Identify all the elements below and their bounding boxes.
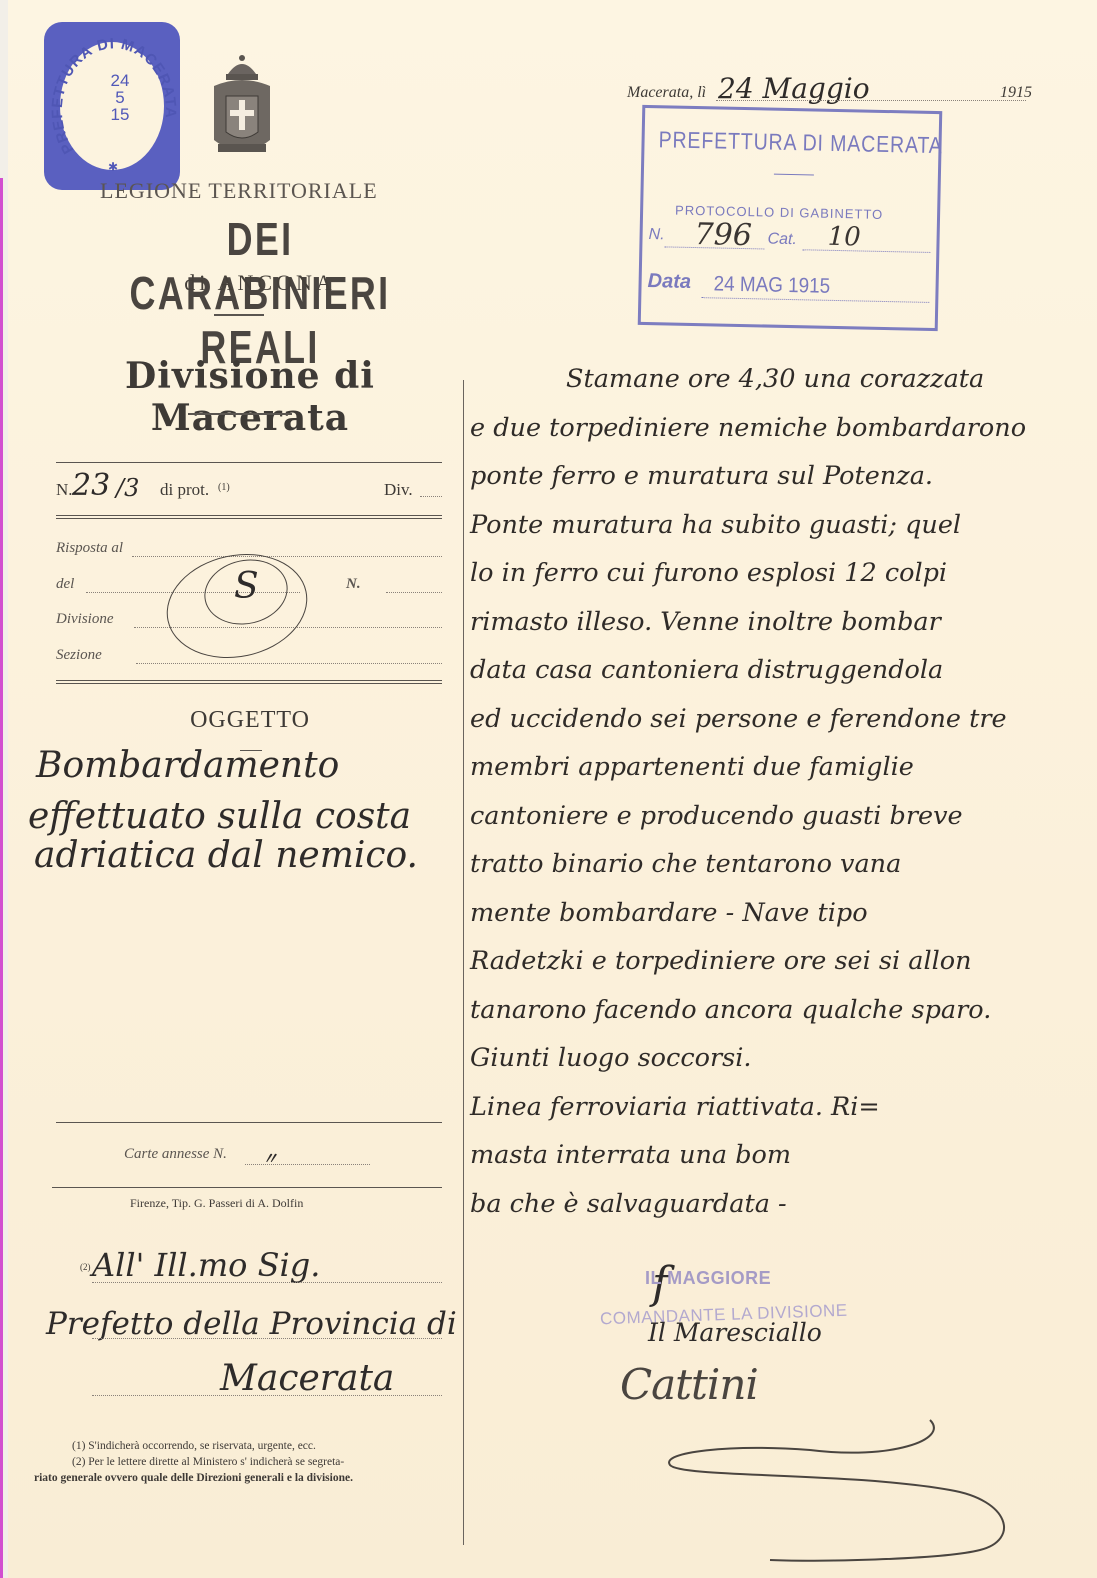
annexes-field	[245, 1164, 370, 1165]
addressee-line: All' Ill.mo Sig.	[92, 1246, 320, 1284]
signature-flourish	[650, 1400, 1070, 1570]
body-line: ed uccidendo sei persone e ferendone tre	[470, 695, 1090, 744]
body-line: e due torpediniere nemiche bombardarono	[470, 404, 1090, 453]
stamp-date: 24 5 15	[100, 72, 140, 123]
subject-text: Bombardamento effettuato sulla costa adr…	[28, 740, 468, 881]
form-rule	[56, 462, 442, 463]
subject-line: adriatica dal nemico.	[28, 830, 468, 881]
del-label: del	[56, 576, 74, 593]
body-line: cantoniere e producendo guasti breve	[470, 792, 1090, 841]
divisione-label: Divisione	[56, 611, 114, 628]
addressee-line: Macerata	[220, 1358, 394, 1399]
scan-edge	[3, 0, 8, 1578]
division-title: Divisione di Macerata	[50, 355, 450, 439]
stamp-divider	[774, 174, 814, 176]
oval-mark-letter: S	[234, 566, 259, 607]
addressee-field	[92, 1282, 442, 1283]
protocol-n-fraction: /3	[116, 474, 139, 502]
body-line: Stamane ore 4,30 una corazzata	[470, 355, 1090, 404]
form-rule	[56, 515, 442, 516]
di-prot-label: di prot.	[160, 480, 209, 500]
subject-line: Bombardamento	[28, 740, 468, 791]
risposta-field	[132, 556, 442, 557]
coat-of-arms-icon	[210, 52, 274, 164]
addressee-line: Prefetto della Provincia di	[46, 1306, 457, 1342]
column-separator	[463, 380, 464, 1545]
body-line: Radetzki e torpediniere ore sei si allon	[470, 937, 1090, 986]
body-line: rimasto illeso. Venne inoltre bombar	[470, 598, 1090, 647]
signer-title: Il Maresciallo	[648, 1318, 822, 1347]
body-line: ba che è salvaguardata -	[470, 1180, 1090, 1229]
footnote: (2) Per le lettere dirette al Ministero …	[72, 1456, 344, 1468]
body-line: lo in ferro cui furono esplosi 12 colpi	[470, 549, 1090, 598]
body-line: Linea ferroviaria riattivata. Ri=	[470, 1083, 1090, 1132]
stamp-cat-field	[802, 249, 930, 253]
footnote-ref: (1)	[218, 482, 230, 493]
stamp-title: PREFETTURA DI MACERATA	[658, 126, 943, 159]
addressee-field	[92, 1395, 442, 1396]
year-label: 1915	[1000, 84, 1032, 102]
stamp-cat-label: Cat.	[767, 231, 797, 250]
footnote: (1) S'indicherà occorrendo, se riservata…	[72, 1440, 316, 1452]
div-field	[420, 496, 442, 497]
body-line: ponte ferro e muratura sul Potenza.	[470, 452, 1090, 501]
stamp-cat-value: 10	[827, 222, 861, 253]
body-line: mente bombardare - Nave tipo	[470, 889, 1090, 938]
form-rule	[56, 518, 442, 519]
star-icon: ✱	[108, 160, 118, 175]
form-rule	[56, 680, 442, 681]
place-label: Macerata, lì	[627, 84, 706, 101]
body-line: masta interrata una bom	[470, 1131, 1090, 1180]
risposta-label: Risposta al	[56, 540, 123, 557]
body-line: Ponte muratura ha subito guasti; quel	[470, 501, 1090, 550]
body-line: Giunti luogo soccorsi.	[470, 1034, 1090, 1083]
sezione-label: Sezione	[56, 647, 102, 664]
legion-label: LEGIONE TERRITORIALE	[100, 178, 420, 204]
stamp-data-label: Data	[647, 270, 691, 294]
protocol-n-value: 23	[72, 468, 110, 503]
stamp-data-value: 24 MAG 1915	[713, 272, 830, 298]
addressee-field	[92, 1338, 442, 1339]
stamp-n-label: N.	[648, 226, 664, 244]
date-field	[716, 100, 1026, 101]
body-line: tratto binario che tentarono vana	[470, 840, 1090, 889]
n-label: N.	[346, 576, 361, 593]
divider	[188, 413, 292, 415]
div-label: Div.	[384, 480, 413, 500]
footnote-ref: (2)	[80, 1262, 91, 1272]
body-line: data casa cantoniera distruggendola	[470, 646, 1090, 695]
footnote: riato generale ovvero quale delle Direzi…	[34, 1472, 353, 1484]
form-rule	[56, 1122, 442, 1123]
protocol-n-label: N.	[56, 480, 73, 500]
n-field	[386, 592, 442, 593]
protocol-stamp: PREFETTURA DI MACERATA PROTOCOLLO DI GAB…	[638, 105, 943, 331]
dateline: Macerata, lì	[627, 84, 706, 102]
rank-stamp: IL MAGGIORE	[645, 1268, 771, 1289]
body-line: membri appartenenti due famiglie	[470, 743, 1090, 792]
letter-body: Stamane ore 4,30 una corazzata e due tor…	[470, 355, 1090, 1228]
divider	[214, 314, 264, 316]
subject-label: OGGETTO	[60, 707, 440, 734]
annexes-value: 〃	[262, 1146, 278, 1169]
sezione-field	[136, 663, 442, 664]
printer-credit: Firenze, Tip. G. Passeri di A. Dolfin	[130, 1196, 303, 1211]
city-label: di ANCONA	[60, 270, 460, 296]
form-rule	[56, 683, 442, 684]
body-line: tanarono facendo ancora qualche sparo.	[470, 986, 1090, 1035]
form-rule	[52, 1187, 442, 1188]
scan-edge-strip	[0, 178, 3, 1578]
annexes-label: Carte annesse N.	[124, 1146, 227, 1163]
